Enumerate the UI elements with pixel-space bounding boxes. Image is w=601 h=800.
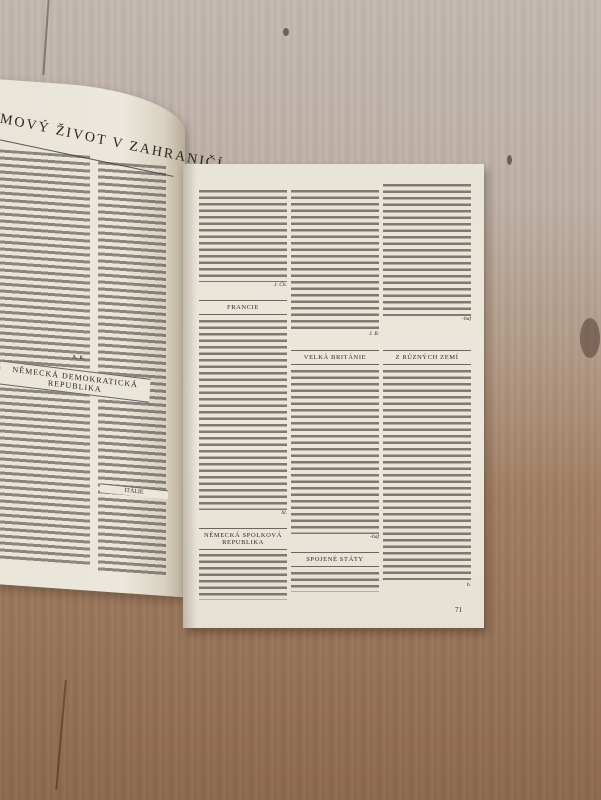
body-text xyxy=(383,370,471,580)
body-text xyxy=(291,572,379,592)
column-2: J. B. VELKÁ BRITÁNIE -haf SPOJENÉ STÁTY … xyxy=(291,190,379,600)
section-heading-z-ruznych-zemi: Z RŮZNÝCH ZEMÍ xyxy=(383,350,471,365)
body-text xyxy=(291,190,379,330)
body-text xyxy=(291,370,379,534)
signature: -haf xyxy=(370,534,379,541)
wood-grain-line xyxy=(42,0,49,75)
signature: J. B. xyxy=(369,331,379,338)
section-heading-francie: FRANCIE xyxy=(199,300,287,315)
body-text xyxy=(199,190,287,282)
column-1: J. Ch. FRANCIE hl. NĚMECKÁ SPOLKOVÁ REPU… xyxy=(199,190,287,600)
signature: J. Ch. xyxy=(274,282,287,289)
body-text xyxy=(199,554,287,600)
wood-knot xyxy=(580,318,600,358)
body-text xyxy=(199,320,287,510)
signature: A. K. xyxy=(72,354,85,361)
wood-knot xyxy=(283,28,289,36)
section-heading-nsr: NĚMECKÁ SPOLKOVÁ REPUBLIKA xyxy=(199,528,287,550)
wood-knot xyxy=(507,155,512,165)
section-heading-spojene-staty: SPOJENÉ STÁTY xyxy=(291,552,379,567)
wood-grain-line xyxy=(55,680,67,790)
signature: b. xyxy=(467,582,471,589)
left-page: MOVÝ ŽIVOT V ZAHRANIČÍ A. K. NĚMECKÁ DEM… xyxy=(0,78,185,597)
signature: hl. xyxy=(281,510,287,517)
body-text xyxy=(98,161,166,576)
page-number: 71 xyxy=(455,606,462,614)
body-text xyxy=(383,184,471,316)
section-heading-velka-britanie: VELKÁ BRITÁNIE xyxy=(291,350,379,365)
right-page: J. Ch. FRANCIE hl. NĚMECKÁ SPOLKOVÁ REPU… xyxy=(183,164,484,628)
signature: -haf xyxy=(462,316,471,323)
column-3: -haf Z RŮZNÝCH ZEMÍ b. HOLANDSKO: ... — … xyxy=(383,184,471,594)
left-column-2 xyxy=(98,161,166,576)
